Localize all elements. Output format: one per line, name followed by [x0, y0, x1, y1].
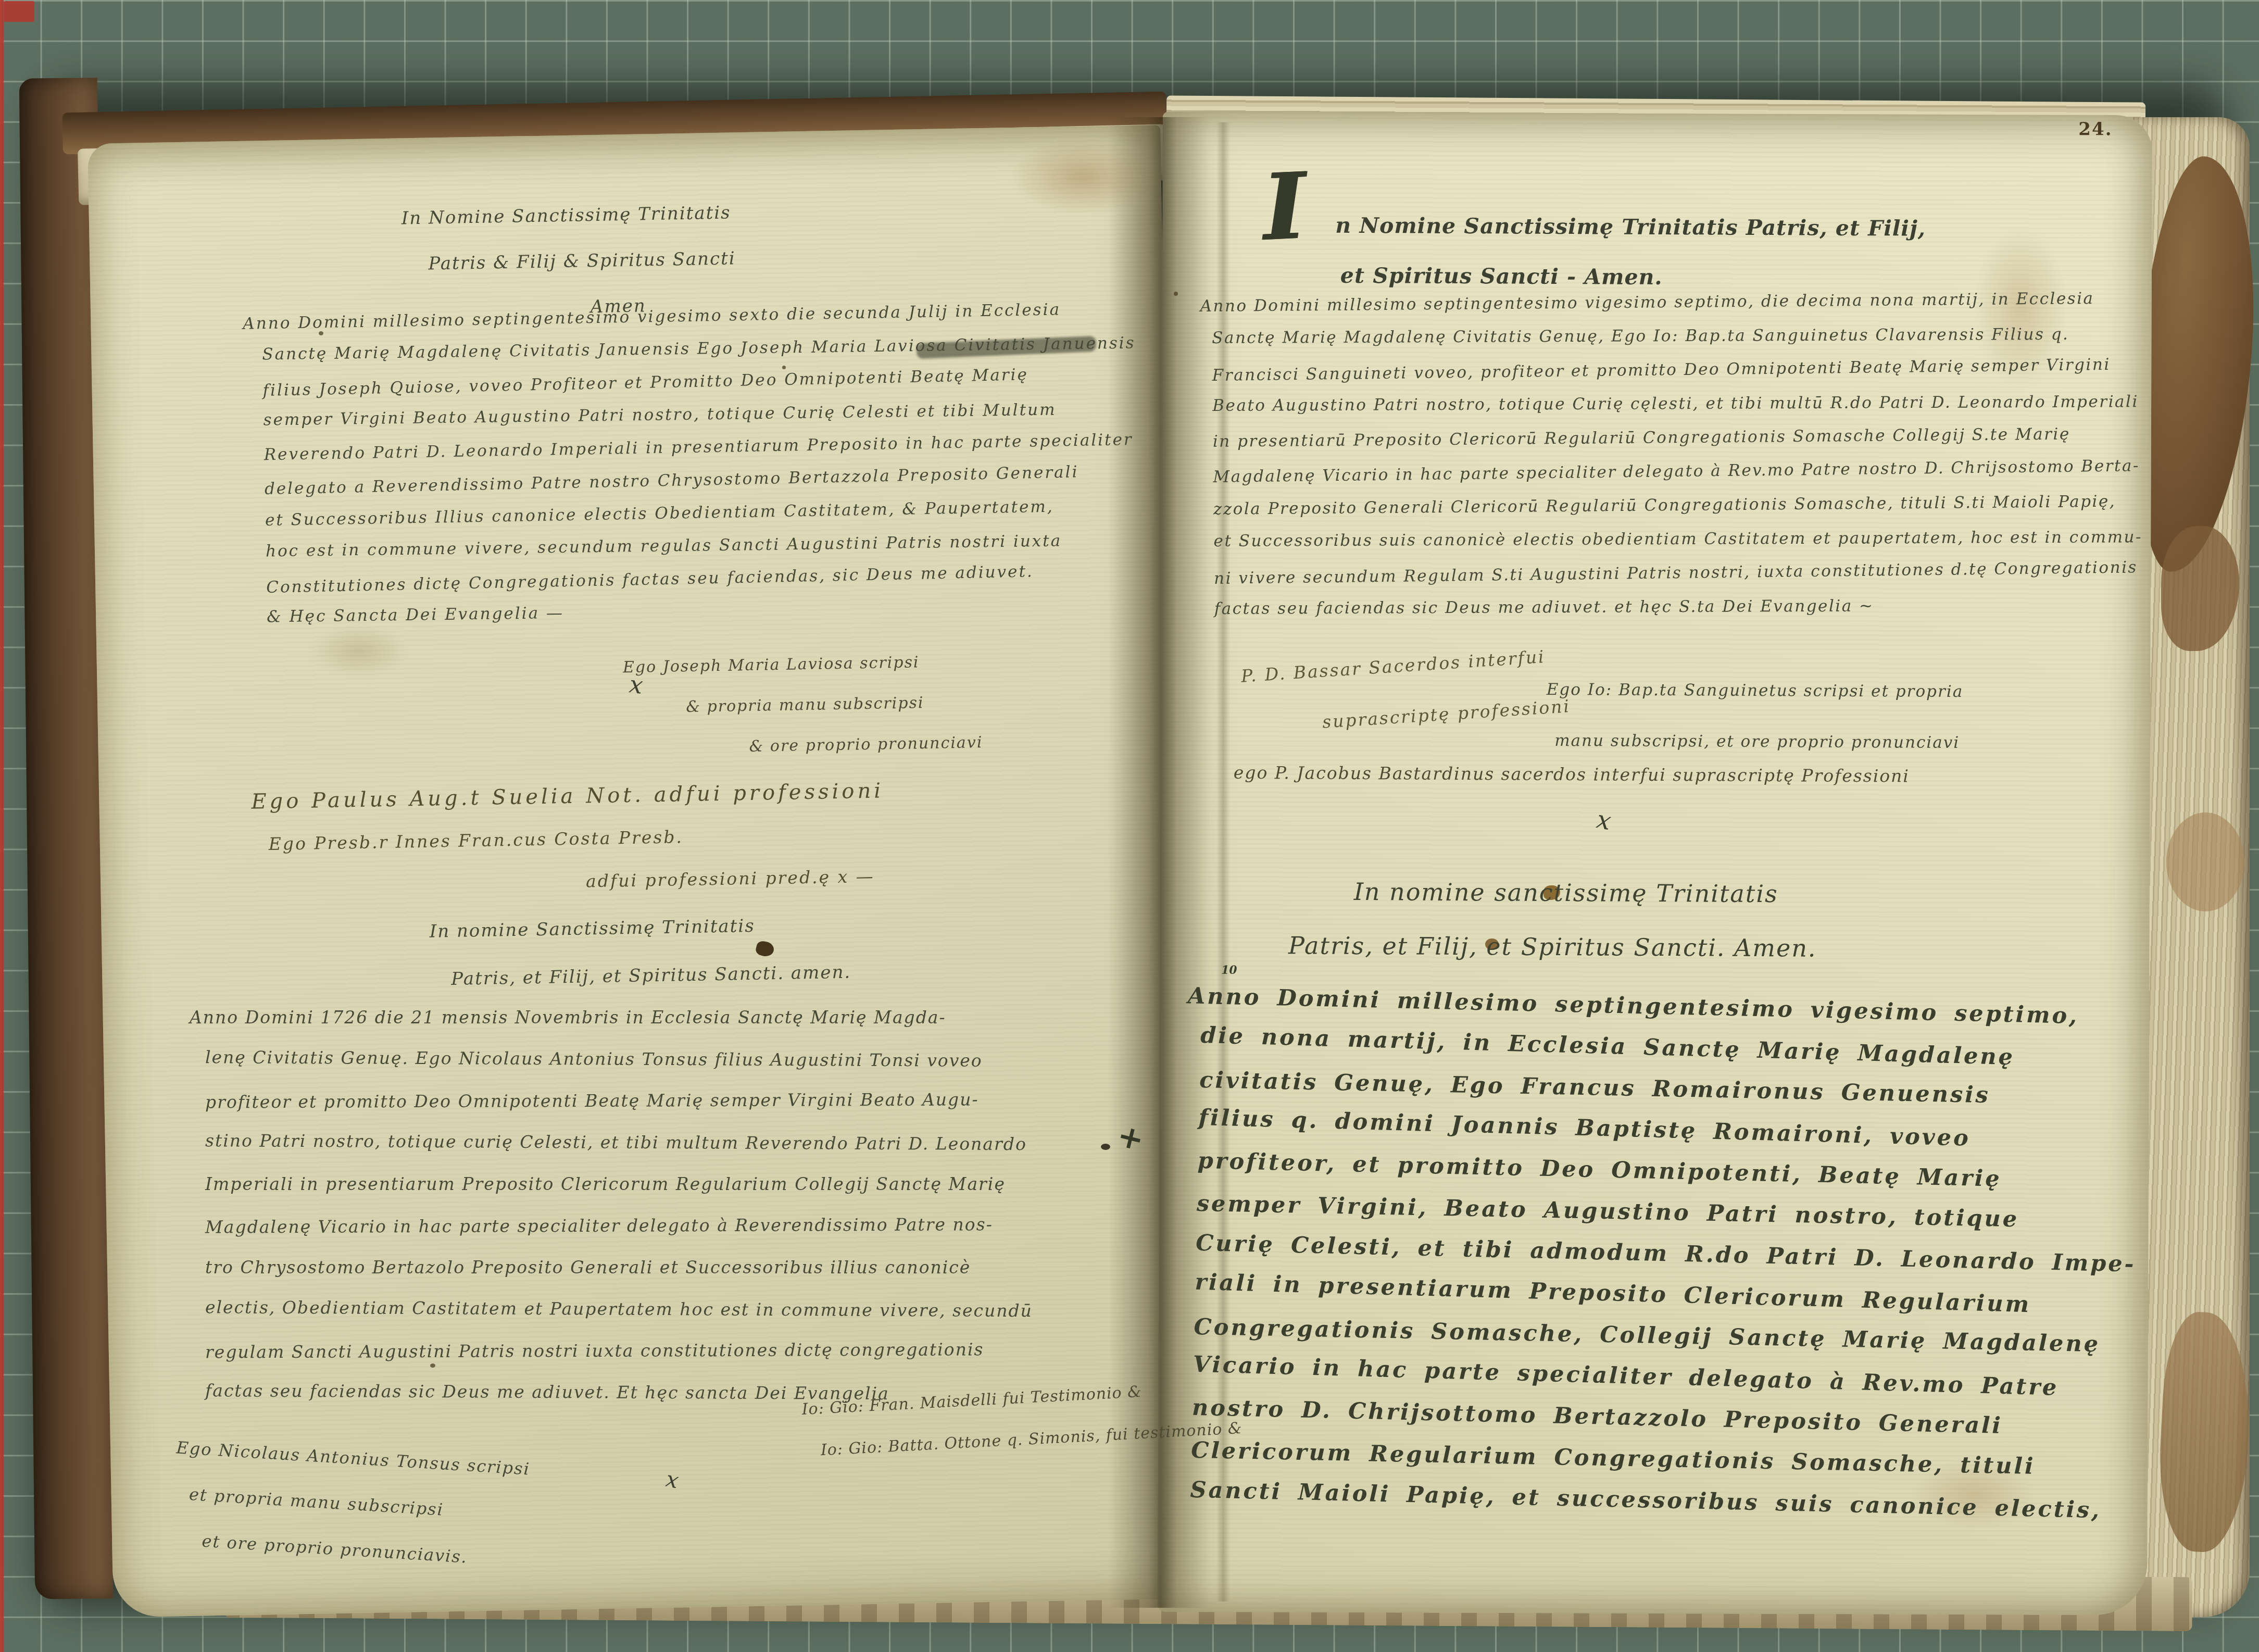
right-witness-priest-note: P. D. Bassar Sacerdos interfuisuprascrip… — [1239, 630, 1572, 753]
right-witness-signature-2: ego P. Jacobus Bastardinus sacerdos inte… — [1234, 762, 1910, 786]
left-profession-entry-1726-november: Anno Domini 1726 die 21 mensis Novembris… — [190, 997, 1033, 1413]
folio-number: 24. — [2078, 119, 2112, 140]
left-page-text-layer: In Nomine Sanctissimę TrinitatisPatris &… — [87, 125, 1186, 1618]
cross-mark: x — [1595, 805, 1614, 836]
right-invocation-heading-2: In nomine sanctissimę TrinitatisPatris, … — [1353, 865, 1817, 975]
mat-red-edge-strip — [0, 0, 4, 1652]
left-professed-signature: Ego Joseph Maria Laviosa scripsi& propri… — [622, 641, 983, 769]
right-page-text-layer: 24. I n Nomine Sanctissimę Trinitatis Pa… — [1156, 111, 2153, 1616]
right-professed-signature: Ego Io: Bap.ta Sanguinetus scripsi et pr… — [1546, 664, 1963, 768]
photographed-manuscript-scene: In Nomine Sanctissimę TrinitatisPatris &… — [0, 0, 2259, 1652]
left-professed-signature-2: Ego Nicolaus Antonius Tonsus scripsiet p… — [169, 1424, 531, 1583]
torn-page-edges-middle — [2166, 812, 2244, 911]
left-witness-signatures: Ego Paulus Aug.t Suelia Not. adfui profe… — [251, 769, 886, 908]
left-profession-entry-1726-july: Anno Domini millesimo septingentesimo vi… — [243, 292, 1140, 636]
superscript-annotation: 10 — [1221, 963, 1237, 977]
left-invocation-heading-2: In nomine Sanctissimę TrinitatisPatris, … — [429, 900, 851, 1004]
right-profession-entry-1727-march9: Anno Domini millesimo septingentesimo vi… — [1176, 975, 2142, 1532]
right-profession-entry-1727-march19: Anno Domini millesimo septingentesimo vi… — [1200, 281, 2143, 628]
mat-red-corner-mark — [4, 1, 34, 22]
cross-mark: x — [664, 1466, 681, 1494]
decorated-initial-letter: I — [1261, 160, 1308, 254]
